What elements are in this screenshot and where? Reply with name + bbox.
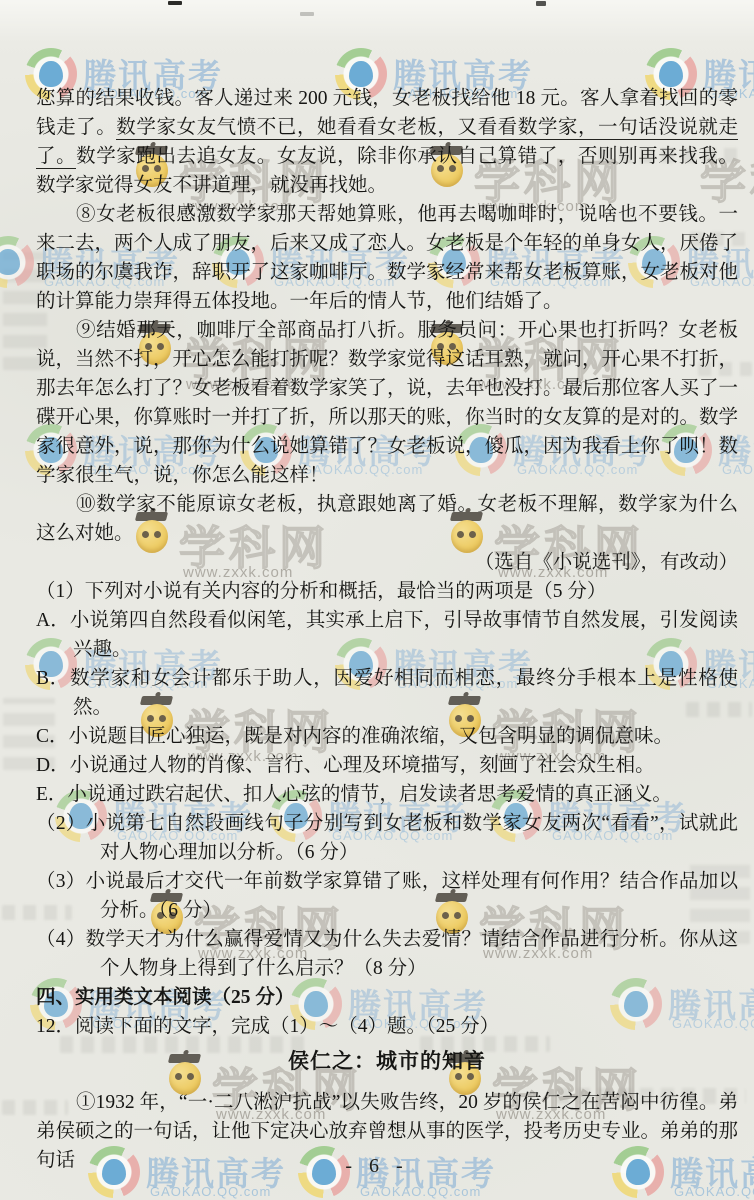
source-attribution: （选自《小说选刊》，有改动） [36, 548, 738, 577]
scan-noise-mark [536, 1, 546, 6]
scanned-exam-page: 腾讯高考GAOKAO.QQ.com 腾讯高考GAOKAO.QQ.com 腾讯高考… [0, 0, 754, 1200]
scan-noise-mark [168, 1, 182, 5]
tencent-gaokao-watermark-url: GAOKAO.QQ.com [150, 1184, 271, 1199]
reading-passage-title: 侯仁之：城市的知音 [36, 1047, 738, 1076]
question-1-option-c: C．小说题目匠心独运，既是对内容的准确浓缩，又包含明显的调侃意味。 [36, 722, 738, 751]
question-3: （3）小说最后才交代一年前数学家算错了账，这样处理有何作用？结合作品加以分析。（… [36, 867, 738, 925]
tencent-gaokao-watermark-url: GAOKAO.QQ.com [360, 1184, 481, 1199]
story-paragraph-8: ⑧女老板很感激数学家那天帮她算账，他再去喝咖啡时，说啥也不要钱。一来二去，两个人… [36, 200, 738, 316]
question-2: （2）小说第七自然段画线句子分别写到女老板和数学家女友两次“看看”，试就此对人物… [36, 809, 738, 867]
section-4-heading: 四、实用类文本阅读（25 分） [36, 983, 738, 1012]
question-1-option-d: D．小说通过人物的肖像、言行、心理及环境描写，刻画了社会众生相。 [36, 751, 738, 780]
tencent-gaokao-watermark-url: GAOKAO.QQ.com [674, 1184, 754, 1199]
question-1-option-e: E．小说通过跌宕起伏、扣人心弦的情节，启发读者思考爱情的真正涵义。 [36, 780, 738, 809]
question-1: （1）下列对小说有关内容的分析和概括，最恰当的两项是（5 分） [36, 577, 738, 606]
story-paragraph-9: ⑨结婚那天，咖啡厅全部商品打八折。服务员问：开心果也打折吗？女老板说，当然不打，… [36, 316, 738, 490]
exam-text-block: 您算的结果收钱。客人递过来 200 元钱，女老板找给他 18 元。客人拿着找回的… [36, 84, 738, 1175]
question-1-option-a: A．小说第四自然段看似闲笔，其实承上启下，引导故事情节自然发展，引发阅读兴趣。 [36, 606, 738, 664]
question-4: （4）数学天才为什么赢得爱情又为什么失去爱情？请结合作品进行分析。你从这个人物身… [36, 925, 738, 983]
scan-noise-mark [300, 12, 314, 16]
question-12-stem: 12．阅读下面的文字，完成（1）～（4）题。（25 分） [36, 1012, 738, 1041]
question-1-option-b: B．数学家和女会计都乐于助人，因爱好相同而相恋，最终分手根本上是性格使然。 [36, 664, 738, 722]
story-paragraph-10: ⑩数学家不能原谅女老板，执意跟她离了婚。女老板不理解，数学家为什么这么对她。 [36, 490, 738, 548]
page-number: - 6 - [0, 1155, 754, 1178]
story-paragraph-7: 您算的结果收钱。客人递过来 200 元钱，女老板找给他 18 元。客人拿着找回的… [36, 84, 738, 200]
story-p7-post: 数学家跑出去追女友。女友说，除非你承认自己算错了，否则别再来找我。数学家觉得女友… [36, 146, 738, 196]
